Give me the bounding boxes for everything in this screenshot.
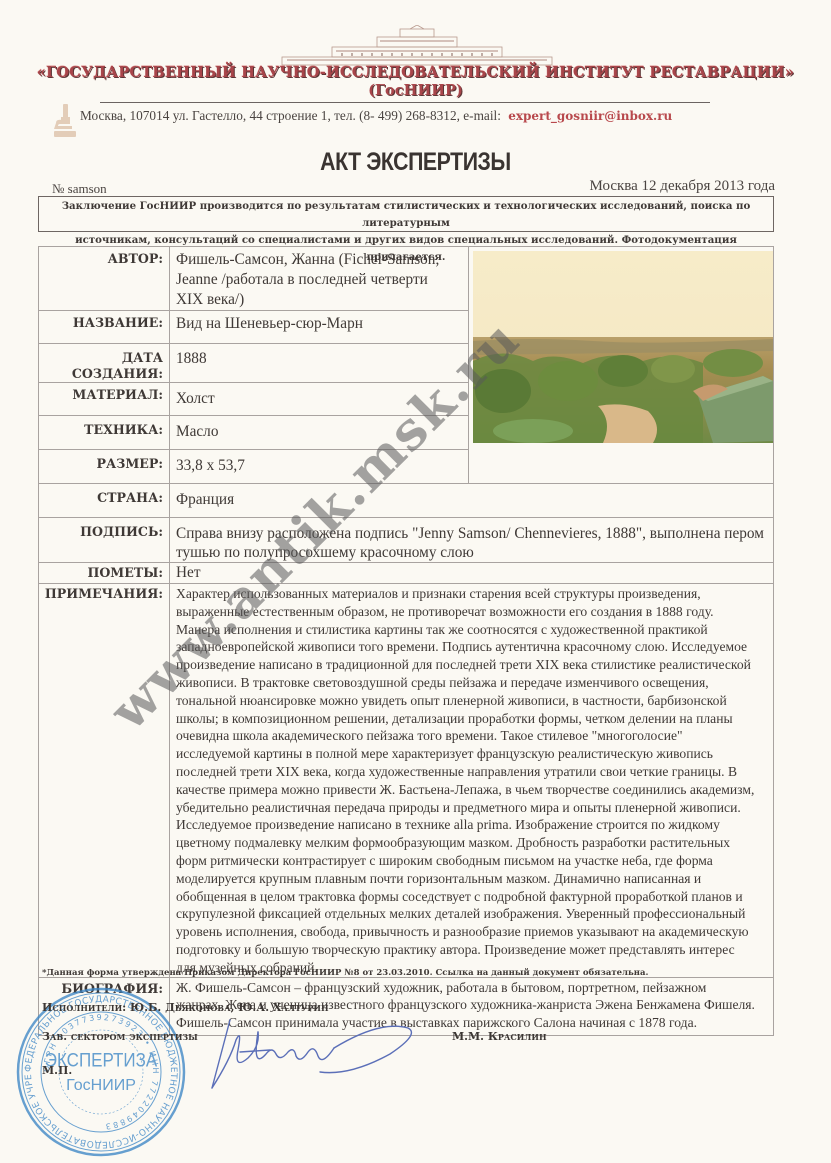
size-value: 33,8 x 53,7	[170, 450, 469, 484]
painting-photo	[473, 251, 773, 443]
date-label: ДАТА СОЗДАНИЯ:	[39, 344, 170, 383]
artwork-card-table: АВТОР: Фишель-Самсон, Жанна (Fichel-Sams…	[38, 246, 774, 1036]
notes-value: Характер использованных материалов и при…	[170, 584, 774, 978]
institute-address: Москва, 107014 ул. Гастелло, 44 строение…	[80, 108, 672, 124]
date-value: 1888	[170, 344, 469, 383]
row-marks: ПОМЕТЫ: Нет	[39, 563, 774, 584]
marks-label: ПОМЕТЫ:	[39, 563, 170, 584]
row-author: АВТОР: Фишель-Самсон, Жанна (Fichel-Sams…	[39, 247, 774, 311]
head-of-sector-title: Зав. сектором экспертизы	[42, 1030, 198, 1043]
address-text: Москва, 107014 ул. Гастелло, 44 строение…	[80, 108, 501, 123]
stamp-center-text-2: ГосНИИР	[66, 1077, 136, 1094]
date-label-line-1: ДАТА	[39, 350, 163, 366]
country-label: СТРАНА:	[39, 484, 170, 518]
material-value: Холст	[170, 383, 469, 416]
seal-place-label: М.П.	[42, 1064, 72, 1077]
handwritten-signature	[200, 1010, 420, 1095]
document-title: АКТ ЭКСПЕРТИЗЫ	[62, 148, 768, 177]
title-value: Вид на Шеневьер-сюр-Марн	[170, 311, 469, 344]
row-notes: ПРИМЕЧАНИЯ: Характер использованных мате…	[39, 584, 774, 978]
row-country: СТРАНА: Франция	[39, 484, 774, 518]
material-label: МАТЕРИАЛ:	[39, 383, 170, 416]
technique-label: ТЕХНИКА:	[39, 416, 170, 450]
conclusion-notice: Заключение ГосНИИР производится по резул…	[38, 196, 774, 232]
institute-short-name: (ГосНИИР)	[0, 82, 831, 99]
signature-value: Справа внизу расположена подпись "Jenny …	[170, 518, 774, 563]
document-place-date: Москва 12 декабря 2013 года	[589, 178, 775, 195]
notes-label: ПРИМЕЧАНИЯ:	[39, 584, 170, 978]
author-value: Фишель-Самсон, Жанна (Fichel-Samson, Jea…	[170, 247, 469, 311]
notice-line-1: Заключение ГосНИИР производится по резул…	[39, 198, 773, 232]
email-link[interactable]: expert_gosniir@inbox.ru	[508, 109, 672, 123]
photo-cell	[469, 247, 774, 484]
marks-value: Нет	[170, 563, 774, 584]
head-of-sector-name: М.М. Красилин	[452, 1030, 547, 1043]
microscope-icon	[52, 104, 78, 138]
technique-value: Масло	[170, 416, 469, 450]
header-divider	[100, 102, 710, 103]
size-label: РАЗМЕР:	[39, 450, 170, 484]
signature-label: ПОДПИСЬ:	[39, 518, 170, 563]
author-label: АВТОР:	[39, 247, 170, 311]
date-label-line-2: СОЗДАНИЯ:	[39, 366, 163, 382]
form-footnote: *Данная форма утверждена Приказом Директ…	[42, 968, 649, 978]
country-value: Франция	[170, 484, 774, 518]
title-label: НАЗВАНИЕ:	[39, 311, 170, 344]
document-number: № samson	[52, 181, 107, 197]
row-signature: ПОДПИСЬ: Справа внизу расположена подпис…	[39, 518, 774, 563]
institute-name: «ГОСУДАРСТВЕННЫЙ НАУЧНО-ИССЛЕДОВАТЕЛЬСКИ…	[0, 64, 831, 81]
building-icon	[272, 25, 562, 67]
